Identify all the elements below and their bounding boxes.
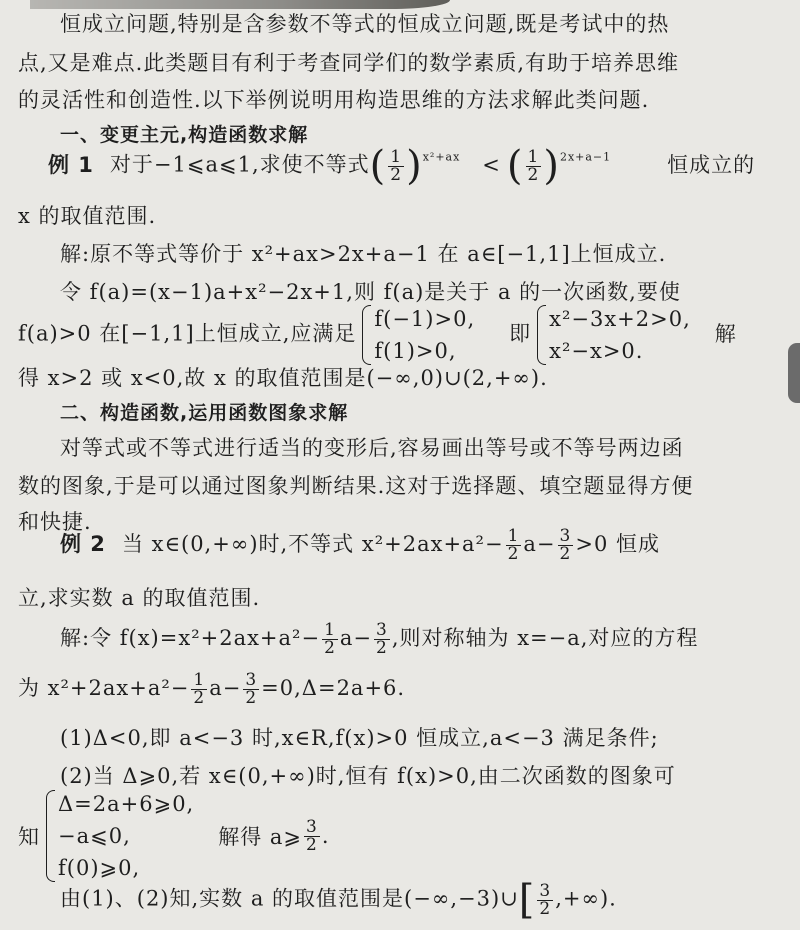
example-2-label: 例 2	[60, 532, 106, 556]
example-2-text: 当 x∈(0,+∞)时,不等式 x²+2ax+a²−	[122, 532, 504, 556]
solution-1-line-2: 令 f(a)=(x−1)a+x²−2x+1,则 f(a)是关于 a 的一次函数,…	[60, 276, 681, 306]
solution-1-jie: 解	[715, 322, 737, 346]
example-1-statement: 例 1对于−1⩽a⩽1,求使不等式(12)x²+ax<(12)2x+a−1恒成立…	[48, 146, 755, 186]
example-1-text: 对于−1⩽a⩽1,求使不等式	[110, 153, 370, 177]
exponent-2: 2x+a−1	[560, 151, 611, 164]
system-2: x²−3x+2>0,x²−x>0.	[535, 303, 691, 367]
section-1-heading: 一、变更主元,构造函数求解	[60, 120, 308, 147]
solution-2-case-1: (1)Δ<0,即 a<−3 时,x∈R,f(x)>0 恒成立,a<−3 满足条件…	[60, 722, 659, 752]
solution-2-result: 解得 a⩾	[218, 825, 302, 849]
intro-line-1: 恒成立问题,特别是含参数不等式的恒成立问题,既是考试中的热	[60, 8, 669, 38]
system-3: Δ=2a+6⩾0,−a⩽0,f(0)⩾0,	[44, 788, 194, 884]
intro-line-2: 点,又是难点.此类题目有利于考查同学们的数学素质,有助于培养思维	[18, 47, 679, 77]
solution-2-case-2: (2)当 Δ⩾0,若 x∈(0,+∞)时,恒有 f(x)>0,由二次函数的图象可	[60, 760, 676, 790]
solution-2-system: 知Δ=2a+6⩾0,−a⩽0,f(0)⩾0,解得 a⩾32.	[18, 788, 330, 884]
example-1-text-post: 恒成立的	[667, 153, 755, 177]
solution-1-line-1: 解:原不等式等价于 x²+ax>2x+a−1 在 a∈[−1,1]上恒成立.	[60, 238, 666, 268]
example-2-statement: 例 2当 x∈(0,+∞)时,不等式 x²+2ax+a²−12a−32>0 恒成	[60, 528, 660, 563]
example-1-label: 例 1	[48, 153, 94, 177]
intro-line-3: 的灵活性和创造性.以下举例说明用构造思维的方法求解此类问题.	[18, 84, 649, 114]
section-2-heading: 二、构造函数,运用函数图象求解	[60, 398, 348, 425]
solution-2-zhi: 知	[18, 825, 40, 849]
section-2-para-line-2: 数的图象,于是可以通过图象判断结果.这对于选择题、填空题显得方便	[18, 470, 693, 500]
section-2-para-line-1: 对等式或不等式进行适当的变形后,容易画出等号或不等号两边函	[60, 432, 684, 462]
solution-2-line-2: 为 x²+2ax+a²−12a−32=0,Δ=2a+6.	[18, 672, 405, 707]
fraction-half: 12	[388, 149, 404, 184]
solution-1-line-3-pre: f(a)>0 在[−1,1]上恒成立,应满足	[18, 322, 356, 346]
solution-1-line-3: f(a)>0 在[−1,1]上恒成立,应满足f(−1)>0,f(1)>0,即x²…	[18, 303, 737, 367]
page-tab-marker	[788, 343, 800, 403]
fraction-half: 12	[526, 149, 542, 184]
exponent-1: x²+ax	[423, 151, 461, 164]
solution-1-line-4: 得 x>2 或 x<0,故 x 的取值范围是(−∞,0)∪(2,+∞).	[18, 362, 548, 392]
solution-2-conclusion: 由(1)、(2)知,实数 a 的取值范围是(−∞,−3)∪[32,+∞).	[60, 880, 617, 920]
example-1-line-2: x 的取值范围.	[18, 200, 156, 230]
solution-1-ji: 即	[509, 322, 531, 346]
system-1: f(−1)>0,f(1)>0,	[360, 303, 475, 367]
example-2-line-2: 立,求实数 a 的取值范围.	[18, 582, 260, 612]
solution-2-line-1: 解:令 f(x)=x²+2ax+a²−12a−32,则对称轴为 x=−a,对应的…	[60, 622, 698, 657]
